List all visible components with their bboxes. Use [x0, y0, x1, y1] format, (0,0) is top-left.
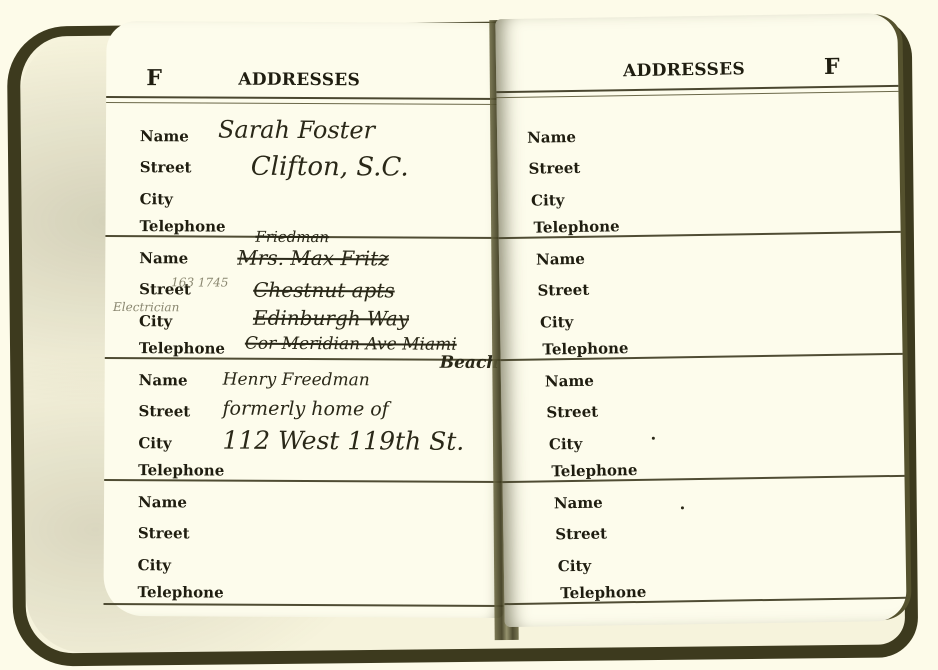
right-page: ADDRESSES F Name Street City Telephone N… — [495, 13, 907, 627]
handwritten-name: Sarah Foster — [218, 116, 375, 145]
index-letter: F — [824, 54, 840, 80]
address-entry: Name Street City Telephone Sarah Foster … — [105, 113, 506, 239]
handwritten-city: Edinburgh Way — [253, 306, 409, 331]
telephone-label: Telephone — [138, 583, 224, 601]
name-label: Name — [527, 128, 576, 147]
telephone-label: Telephone — [139, 217, 225, 235]
name-label: Name — [139, 249, 188, 267]
telephone-label: Telephone — [542, 339, 628, 358]
handwritten-name: Henry Freedman — [223, 370, 370, 391]
pencil-note: Electrician — [113, 300, 179, 314]
city-label: City — [140, 190, 173, 208]
handwritten-street: Clifton, S.C. — [251, 152, 409, 183]
street-label: Street — [138, 524, 190, 542]
ink-speck — [652, 437, 655, 440]
telephone-label: Telephone — [551, 461, 637, 480]
city-label: City — [558, 557, 592, 576]
pencil-note: 163 1745 — [171, 275, 228, 289]
name-label: Name — [554, 494, 603, 513]
address-entry: Name Street City Telephone — [104, 479, 505, 603]
left-page: F ADDRESSES Name Street City Telephone S… — [103, 21, 506, 618]
name-label: Name — [138, 493, 187, 511]
page-bottom-rule — [104, 603, 504, 607]
name-label: Name — [140, 127, 189, 145]
ink-speck — [681, 506, 684, 509]
address-entry: Name Street City Telephone — [503, 475, 907, 605]
address-entry: Name Street City Telephone — [499, 231, 903, 361]
street-label: Street — [555, 525, 607, 544]
telephone-label: Telephone — [138, 461, 224, 479]
handwritten-city: 112 West 119th St. — [222, 426, 464, 456]
street-label: Street — [537, 281, 589, 300]
address-entry: Name Street City Telephone Beach Henry F… — [104, 357, 505, 483]
header-rule — [106, 96, 506, 105]
city-label: City — [139, 312, 172, 330]
city-label: City — [531, 191, 565, 210]
left-page-header: F ADDRESSES — [106, 61, 506, 93]
name-label: Name — [545, 372, 594, 391]
handwritten-note: Friedman — [255, 228, 329, 246]
page-title: ADDRESSES — [623, 59, 745, 81]
handwritten-name: Mrs. Max Fritz — [237, 246, 389, 271]
handwritten-street: formerly home of — [222, 398, 388, 421]
index-letter: F — [146, 65, 162, 91]
name-label: Name — [536, 250, 585, 269]
telephone-label: Telephone — [560, 583, 646, 602]
handwritten-street: Chestnut apts — [253, 278, 395, 303]
right-page-header: ADDRESSES F — [496, 53, 898, 89]
city-label: City — [138, 434, 171, 452]
street-label: Street — [546, 403, 598, 422]
street-label: Street — [140, 158, 192, 176]
address-entry: Name Street City Telephone Friedman Mrs.… — [105, 235, 506, 361]
city-label: City — [540, 313, 574, 332]
telephone-label: Telephone — [139, 339, 225, 357]
name-label: Name — [139, 371, 188, 389]
page-title: ADDRESSES — [238, 70, 360, 91]
street-label: Street — [138, 402, 190, 420]
address-entry: Name Street City Telephone — [497, 109, 901, 239]
address-entry: Name Street City Telephone — [501, 353, 905, 483]
city-label: City — [549, 435, 583, 454]
telephone-label: Telephone — [533, 217, 619, 236]
handwritten-side-note: Beach — [440, 353, 499, 373]
street-label: Street — [528, 159, 580, 178]
handwritten-telephone: Cor Meridian Ave Miami — [245, 334, 457, 355]
city-label: City — [138, 556, 171, 574]
